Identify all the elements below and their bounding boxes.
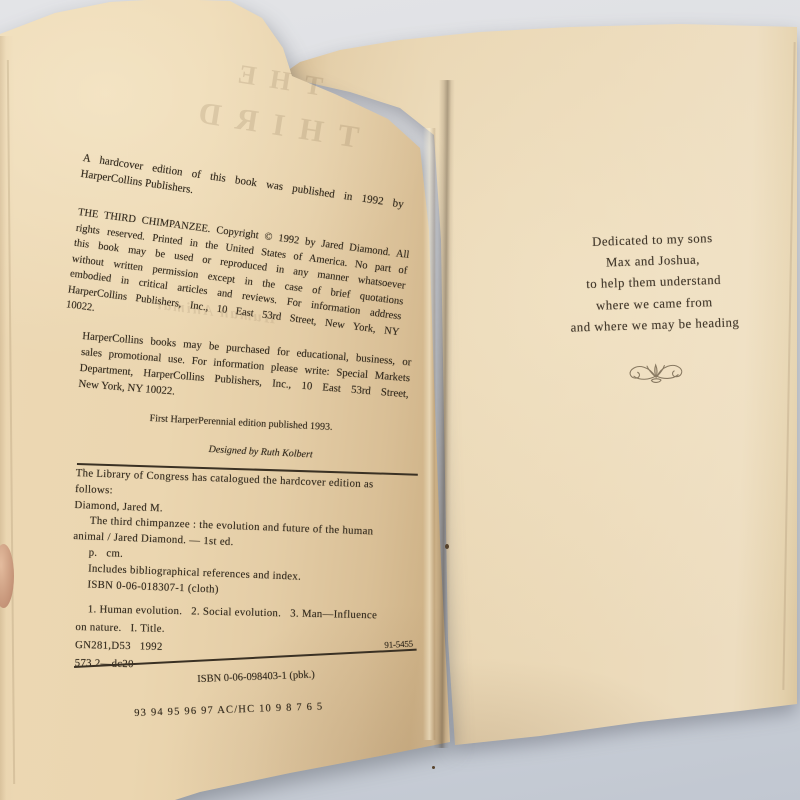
fleuron-ornament-icon: [625, 361, 688, 388]
dedication-text: Dedicated to my sons Max and Joshua, to …: [532, 226, 775, 340]
paper-speck: [445, 544, 449, 549]
open-book-photo: THE THIRD Human Animal A hardcover editi…: [0, 0, 800, 800]
left-page-edge-highlight: [423, 128, 436, 740]
right-page-text-layer: Dedicated to my sons Max and Joshua, to …: [0, 0, 800, 800]
paper-speck: [432, 766, 435, 769]
